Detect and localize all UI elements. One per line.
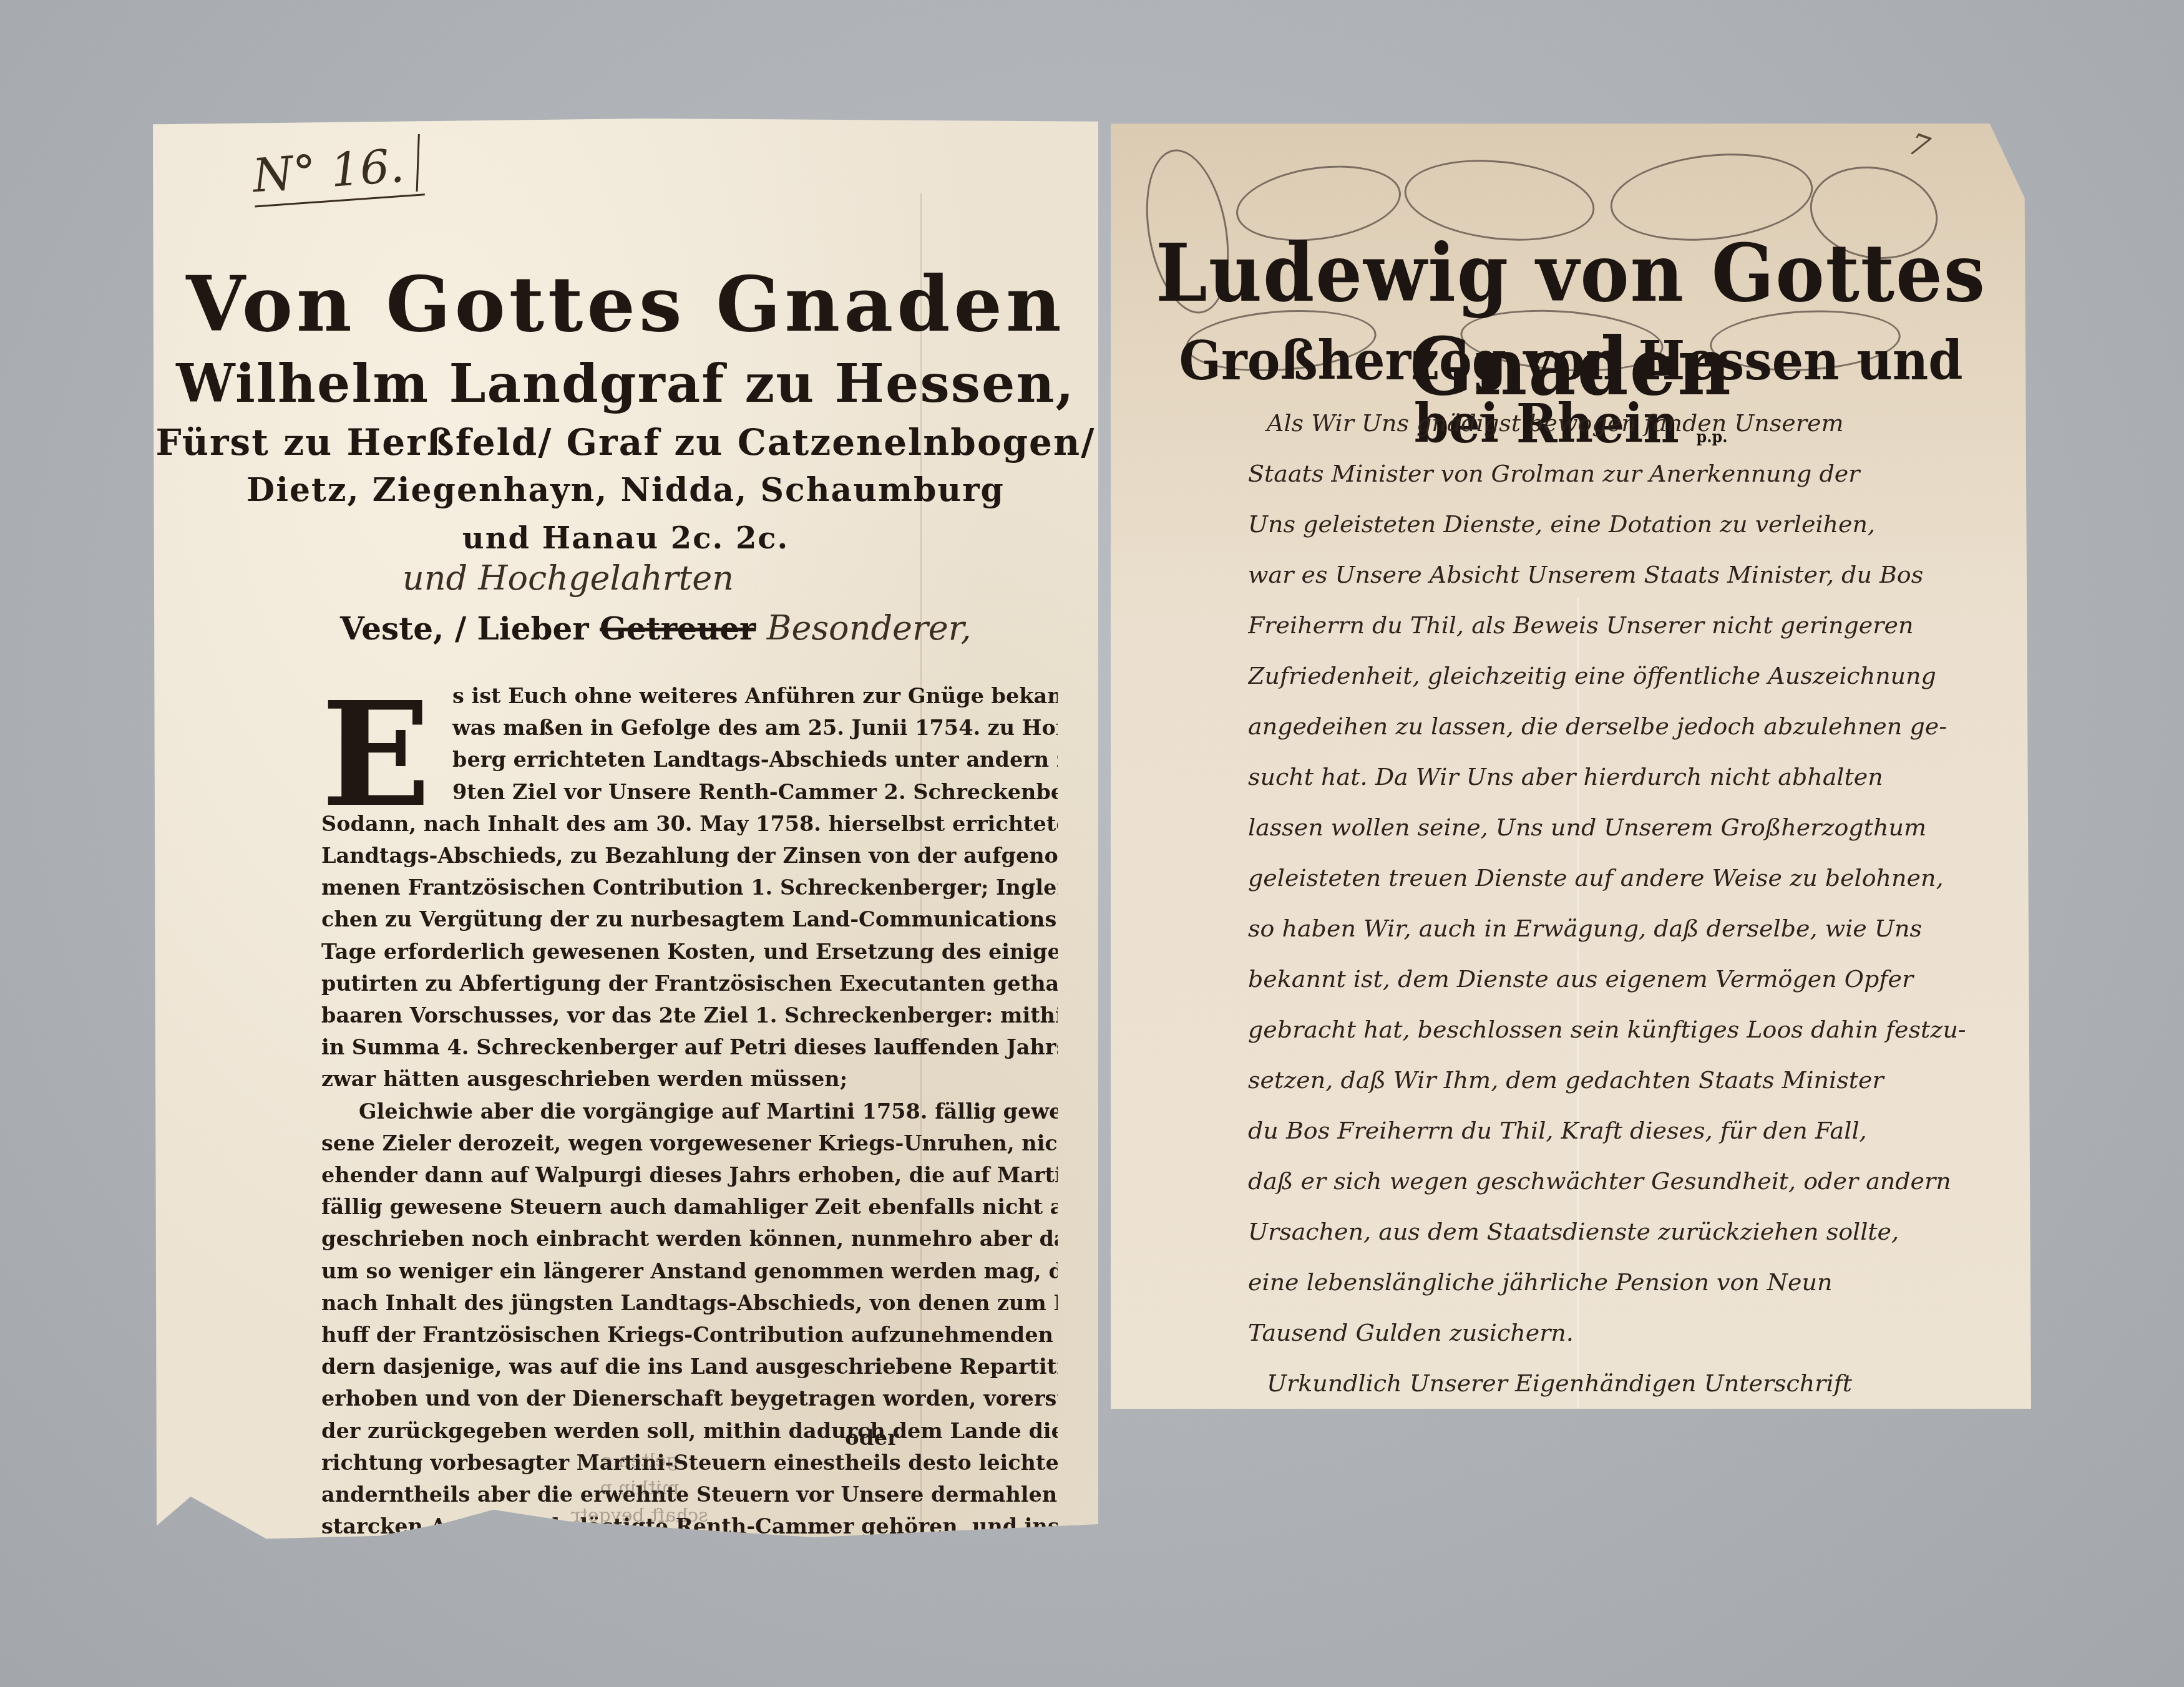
show-through-line: an dem	[527, 1612, 752, 1640]
body-line: huff der Frantzösischen Kriegs-Contribut…	[321, 1319, 1058, 1351]
body-line: was maßen in Gefolge des am 25. Junii 17…	[321, 712, 1058, 744]
handwritten-letter-document: 7 Ludewig von Gottes Gnaden Großherzog v…	[1111, 124, 2031, 1409]
body-line: putirten zu Abfertigung der Frantzösisch…	[321, 968, 1058, 999]
script-line: Zufriedenheit, gleichzeitig eine öffentl…	[1248, 651, 2016, 701]
body-line: Gleichwie aber die vorgängige auf Martin…	[321, 1096, 1058, 1127]
script-line: lassen wollen seine, Uns und Unserem Gro…	[1248, 802, 2016, 853]
show-through-line: ins Land au	[527, 1530, 752, 1557]
decree-title-line-4: Dietz, Ziegenhayn, Nidda, Schaumburg	[153, 471, 1098, 509]
body-line: dern dasjenige, was auf die ins Land aus…	[321, 1351, 1058, 1383]
show-through-line: schaft beygetr	[527, 1502, 752, 1530]
decree-title-line-1: Von Gottes Gnaden	[153, 259, 1098, 349]
script-line: Staats Minister von Grolman zur Anerkenn…	[1248, 449, 2016, 499]
salutation: Veste, / Lieber Getreuer Besonderer,	[340, 608, 972, 648]
body-line: heit zu Mitbestreitung der Zinsen von de…	[321, 1542, 1058, 1574]
body-line: fällig gewesene Steuern auch damahliger …	[321, 1191, 1058, 1223]
script-line: Ursachen, aus dem Staatsdienste zurückzi…	[1248, 1207, 2016, 1257]
body-line: Capitalien gewidmet seynd; In Ansehung d…	[321, 1575, 1058, 1607]
decree-title-line-5: und Hanau 2c. 2c.	[153, 521, 1098, 556]
show-through-line: gelten e	[527, 1447, 752, 1475]
letter-body-script: Als Wir Uns gnädigst bewogen fanden Unse…	[1248, 398, 2016, 1459]
script-line: Tausend Gulden zusichern.	[1248, 1308, 2016, 1358]
show-through-line: mithin p	[527, 1475, 752, 1502]
handwritten-insertion: und Hochgelahrten	[402, 558, 734, 598]
body-line: geschrieben noch einbracht werden können…	[321, 1223, 1058, 1255]
body-line: s ist Euch ohne weiteres Anführen zur Gn…	[321, 680, 1058, 712]
closing-line: Urkundlich Unserer Eigenhändigen Untersc…	[1248, 1358, 2016, 1409]
letter-catchword: und	[1248, 1409, 2016, 1459]
body-line: Sodann, nach Inhalt des am 30. May 1758.…	[321, 808, 1058, 840]
body-line: Steuer-Quanti selbst aber in der Billigk…	[321, 1607, 1058, 1638]
catchword: oder	[845, 1426, 899, 1451]
body-line: Tage erforderlich gewesenen Kosten, und …	[321, 936, 1058, 968]
body-line: Landtags-Abschieds, zu Bezahlung der Zin…	[321, 840, 1058, 872]
body-line: menen Frantzösischen Contribution 1. Sch…	[321, 872, 1058, 903]
script-line: eine lebenslängliche jährliche Pension v…	[1248, 1257, 2016, 1308]
script-line: geleisteten treuen Dienste auf andere We…	[1248, 853, 2016, 903]
script-line: du Bos Freiherrn du Thil, Kraft dieses, …	[1248, 1106, 2016, 1156]
script-line: so haben Wir, auch in Erwägung, daß ders…	[1248, 903, 2016, 954]
body-line: baaren Vorschusses, vor das 2te Ziel 1. …	[321, 999, 1058, 1031]
handwritten-replacement: Besonderer,	[767, 608, 972, 648]
folio-number: N° 16.	[251, 138, 425, 208]
body-line: 9ten Ziel vor Unsere Renth-Cammer 2. Sch…	[321, 776, 1058, 808]
script-line: Freiherrn du Thil, als Beweis Unserer ni…	[1248, 600, 2016, 651]
body-line: sene Zieler derozeit, wegen vorgewesener…	[321, 1127, 1058, 1159]
body-line: chen zu Vergütung der zu nurbesagtem Lan…	[321, 903, 1058, 935]
script-line: bekannt ist, dem Dienste aus eigenem Ver…	[1248, 954, 2016, 1004]
body-line: um so weniger ein längerer Anstand genom…	[321, 1255, 1058, 1287]
script-line: daß er sich wegen geschwächter Gesundhei…	[1248, 1156, 2016, 1207]
script-line: Uns geleisteten Dienste, eine Dotation z…	[1248, 499, 2016, 550]
script-line: sucht hat. Da Wir Uns aber hierdurch nic…	[1248, 752, 2016, 802]
show-through-line: Contribution	[527, 1557, 752, 1585]
corner-pencil-mark: 7	[1904, 126, 1934, 165]
body-line: der zurückgegeben werden soll, mithin da…	[321, 1415, 1058, 1447]
body-line: berg errichteten Landtags-Abschieds unte…	[321, 744, 1058, 775]
body-line: zwar hätten ausgeschrieben werden müssen…	[321, 1063, 1058, 1095]
struck-word: Getreuer	[600, 610, 756, 647]
script-line: angedeihen zu lassen, die derselbe jedoc…	[1248, 701, 2016, 752]
decree-title-line-3: Fürst zu Herßfeld/ Graf zu Catzenelnboge…	[153, 421, 1098, 464]
body-line: ehender dann auf Walpurgi dieses Jahrs e…	[321, 1159, 1058, 1191]
printed-decree-document: N° 16. Von Gottes Gnaden Wilhelm Landgra…	[153, 119, 1098, 1572]
show-through-line: Landtags	[527, 1585, 752, 1612]
decree-title-line-2: Wilhelm Landgraf zu Hessen,	[153, 352, 1098, 414]
script-line: war es Unsere Absicht Unserem Staats Min…	[1248, 550, 2016, 600]
body-line: in Summa 4. Schreckenberger auf Petri di…	[321, 1031, 1058, 1063]
body-line: erhoben und von der Dienerschaft beygetr…	[321, 1383, 1058, 1414]
body-line: nach Inhalt des jüngsten Landtags-Abschi…	[321, 1287, 1058, 1319]
script-line: Als Wir Uns gnädigst bewogen fanden Unse…	[1248, 398, 2016, 449]
show-through-text: gelten e mithin p schaft beygetr ins Lan…	[527, 1447, 752, 1640]
salutation-printed: Veste, / Lieber	[340, 610, 589, 647]
script-line: setzen, daß Wir Ihm, dem gedachten Staat…	[1248, 1055, 2016, 1106]
script-line: gebracht hat, beschlossen sein künftiges…	[1248, 1004, 2016, 1055]
